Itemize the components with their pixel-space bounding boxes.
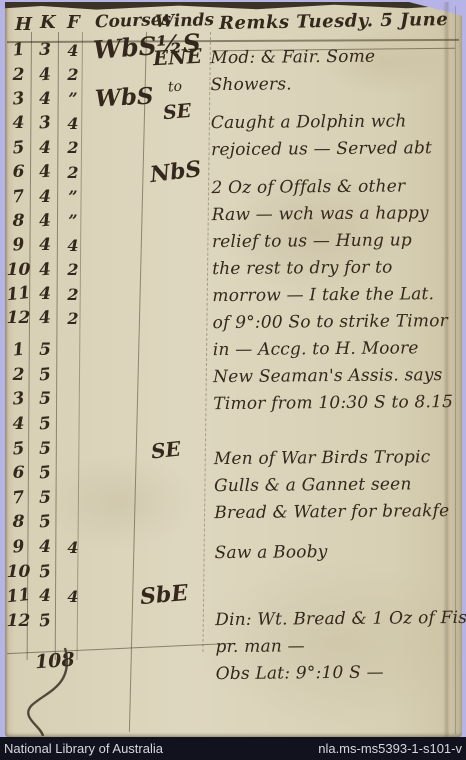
- knots-cell: 5: [31, 610, 59, 632]
- log-row: 9 4 4: [5, 233, 135, 257]
- wind-entry: NbS: [149, 156, 203, 188]
- log-rows-afternoon: 1 5 2 5 3 5 4 5 5: [5, 338, 135, 633]
- wind-entry: SbE: [139, 580, 189, 610]
- knots-cell: 5: [31, 364, 59, 386]
- log-row: 2 4 2: [5, 62, 135, 86]
- log-row: 12 4 2: [5, 306, 135, 330]
- hour-cell: 2: [5, 365, 32, 385]
- knots-cell: 5: [32, 389, 58, 409]
- fathoms-cell: 4: [58, 538, 88, 557]
- library-name: National Library of Australia: [4, 741, 163, 756]
- log-row: 7 5: [5, 486, 135, 511]
- header-knots: K: [40, 12, 56, 33]
- log-row: 2 5: [5, 363, 135, 388]
- remark-line: Saw a Booby: [215, 538, 465, 567]
- hour-cell: 4: [5, 414, 32, 434]
- hour-cell: 5: [4, 437, 33, 460]
- header-fathoms: F: [67, 12, 80, 33]
- remark-line: Obs Lat: 9°:10 S —: [216, 659, 466, 688]
- hour-cell: 3: [4, 88, 33, 111]
- column-rule-remarks: [202, 32, 211, 652]
- log-row: 10 4 2: [5, 258, 135, 282]
- hour-cell: 1: [4, 339, 33, 362]
- header-remarks-title: Remks Tuesdy. 5 June: [219, 9, 449, 34]
- remark-line: rejoiced us — Served abt: [211, 135, 461, 164]
- knots-cell: 4: [32, 537, 58, 557]
- log-row: 7 4 ”: [5, 184, 135, 208]
- remark-line: of 9°:00 So to strike Timor: [213, 308, 463, 337]
- fathoms-cell: 4: [58, 236, 88, 255]
- remark-line: Men of War Birds Tropic: [214, 444, 464, 473]
- wind-entry: SE: [150, 437, 182, 464]
- caption-bar: National Library of Australia nla.ms-ms5…: [0, 737, 466, 760]
- log-row: 11 4 4: [5, 584, 135, 609]
- remark-line: Mod: & Fair. Some: [210, 43, 460, 72]
- log-row: 10 5: [5, 559, 135, 584]
- hour-cell: 10: [5, 260, 32, 280]
- item-identifier: nla.ms-ms5393-1-s101-v: [318, 741, 462, 756]
- knots-cell: 4: [31, 161, 59, 183]
- hour-cell: 10: [5, 562, 32, 582]
- hour-cell: 9: [4, 234, 33, 257]
- knots-cell: 4: [31, 210, 59, 232]
- hour-cell: 12: [5, 308, 32, 328]
- header-hours: H: [15, 14, 32, 35]
- log-row: 9 4 4: [5, 535, 135, 560]
- remark-line: Gulls & a Gannet seen: [214, 471, 464, 500]
- hour-cell: 11: [4, 283, 33, 306]
- remarks-block: Mod: & Fair. Some Showers. Caught a Dolp…: [210, 43, 466, 688]
- fathoms-cell: 4: [58, 41, 88, 60]
- remark-line: Caught a Dolphin wch: [211, 108, 461, 137]
- remark-line: Timor from 10:30 S to 8.15: [213, 389, 463, 418]
- log-row: 6 5: [5, 461, 135, 486]
- fathoms-cell: ”: [58, 89, 88, 108]
- hour-cell: 2: [5, 65, 32, 85]
- knots-cell: 3: [31, 112, 59, 134]
- fathoms-cell: ”: [58, 211, 88, 230]
- fathoms-cell: ”: [58, 187, 88, 206]
- log-row: 4 3 4: [5, 111, 135, 135]
- hour-cell: 1: [4, 39, 33, 62]
- fathoms-cell: 2: [58, 65, 88, 84]
- knots-cell: 4: [31, 259, 59, 281]
- remark-line: relief to us — Hung up: [212, 227, 462, 256]
- knots-cell: 4: [31, 307, 59, 329]
- fathoms-cell: 2: [58, 138, 88, 157]
- remark-line: Raw — wch was a happy: [212, 200, 462, 229]
- remark-line: 2 Oz of Offals & other: [211, 173, 461, 202]
- log-row: 3 5: [5, 387, 135, 412]
- remark-line: pr. man —: [215, 632, 465, 661]
- fathoms-cell: 4: [58, 587, 88, 606]
- fathoms-cell: 2: [58, 163, 88, 182]
- remark-line: Din: Wt. Bread & 1 Oz of Fish: [215, 605, 465, 634]
- hour-cell: 7: [4, 185, 33, 208]
- remark-line: Showers.: [210, 70, 460, 99]
- hour-cell: 11: [4, 585, 33, 608]
- knots-cell: 4: [32, 235, 58, 255]
- wind-entry: SE: [162, 100, 192, 124]
- remark-line: New Seaman's Assis. says: [213, 362, 463, 391]
- knots-cell: 5: [32, 340, 58, 360]
- hour-cell: 8: [5, 211, 32, 231]
- knots-cell: 4: [32, 89, 58, 109]
- hour-cell: 12: [5, 611, 32, 631]
- fathoms-cell: 2: [58, 260, 88, 279]
- hour-cell: 6: [5, 162, 32, 182]
- log-row: 5 4 2: [5, 136, 135, 160]
- log-row: 8 5: [5, 510, 135, 535]
- fathoms-cell: 4: [58, 114, 88, 133]
- remark-line: in — Accg. to H. Moore: [213, 335, 463, 364]
- knots-cell: 4: [32, 284, 58, 304]
- log-row: 4 5: [5, 412, 135, 437]
- course-entry: WbS: [94, 82, 154, 112]
- knots-cell: 5: [31, 511, 59, 533]
- hour-cell: 7: [4, 487, 33, 510]
- log-rows-morning: 1 3 4 2 4 2 3 4 ” 4 3 4 5: [5, 38, 135, 331]
- ink-flourish: [13, 640, 93, 740]
- log-row: 11 4 2: [5, 282, 135, 306]
- log-row: 6 4 2: [5, 160, 135, 184]
- hour-cell: 8: [5, 512, 32, 532]
- remark-line: morrow — I take the Lat.: [212, 281, 462, 310]
- remark-line: the rest to dry for to: [212, 254, 462, 283]
- knots-cell: 5: [31, 462, 59, 484]
- fathoms-cell: 2: [58, 309, 88, 328]
- knots-cell: 5: [32, 488, 58, 508]
- knots-cell: 4: [32, 187, 58, 207]
- hour-cell: 6: [5, 463, 32, 483]
- knots-cell: 5: [31, 413, 59, 435]
- log-row: 12 5: [5, 609, 135, 634]
- knots-cell: 3: [32, 40, 58, 60]
- knots-cell: 5: [32, 439, 58, 459]
- log-row: 8 4 ”: [5, 209, 135, 233]
- hour-cell: 9: [4, 536, 33, 559]
- hour-cell: 5: [4, 136, 33, 159]
- hour-cell: 3: [4, 388, 33, 411]
- knots-cell: 5: [31, 561, 59, 583]
- log-row: 5 5: [5, 436, 135, 461]
- remark-line: Bread & Water for breakfe: [214, 498, 464, 527]
- wind-entry: to: [167, 79, 182, 96]
- hour-cell: 4: [5, 113, 32, 133]
- wind-entry: ENE: [152, 44, 202, 71]
- knots-cell: 4: [32, 138, 58, 158]
- fathoms-cell: 2: [58, 285, 88, 304]
- knots-cell: 4: [31, 63, 59, 85]
- knots-cell: 4: [32, 586, 58, 606]
- manuscript-page: H K F Courses Winds Remks Tuesdy. 5 June…: [5, 2, 462, 737]
- log-row: 1 5: [5, 338, 135, 363]
